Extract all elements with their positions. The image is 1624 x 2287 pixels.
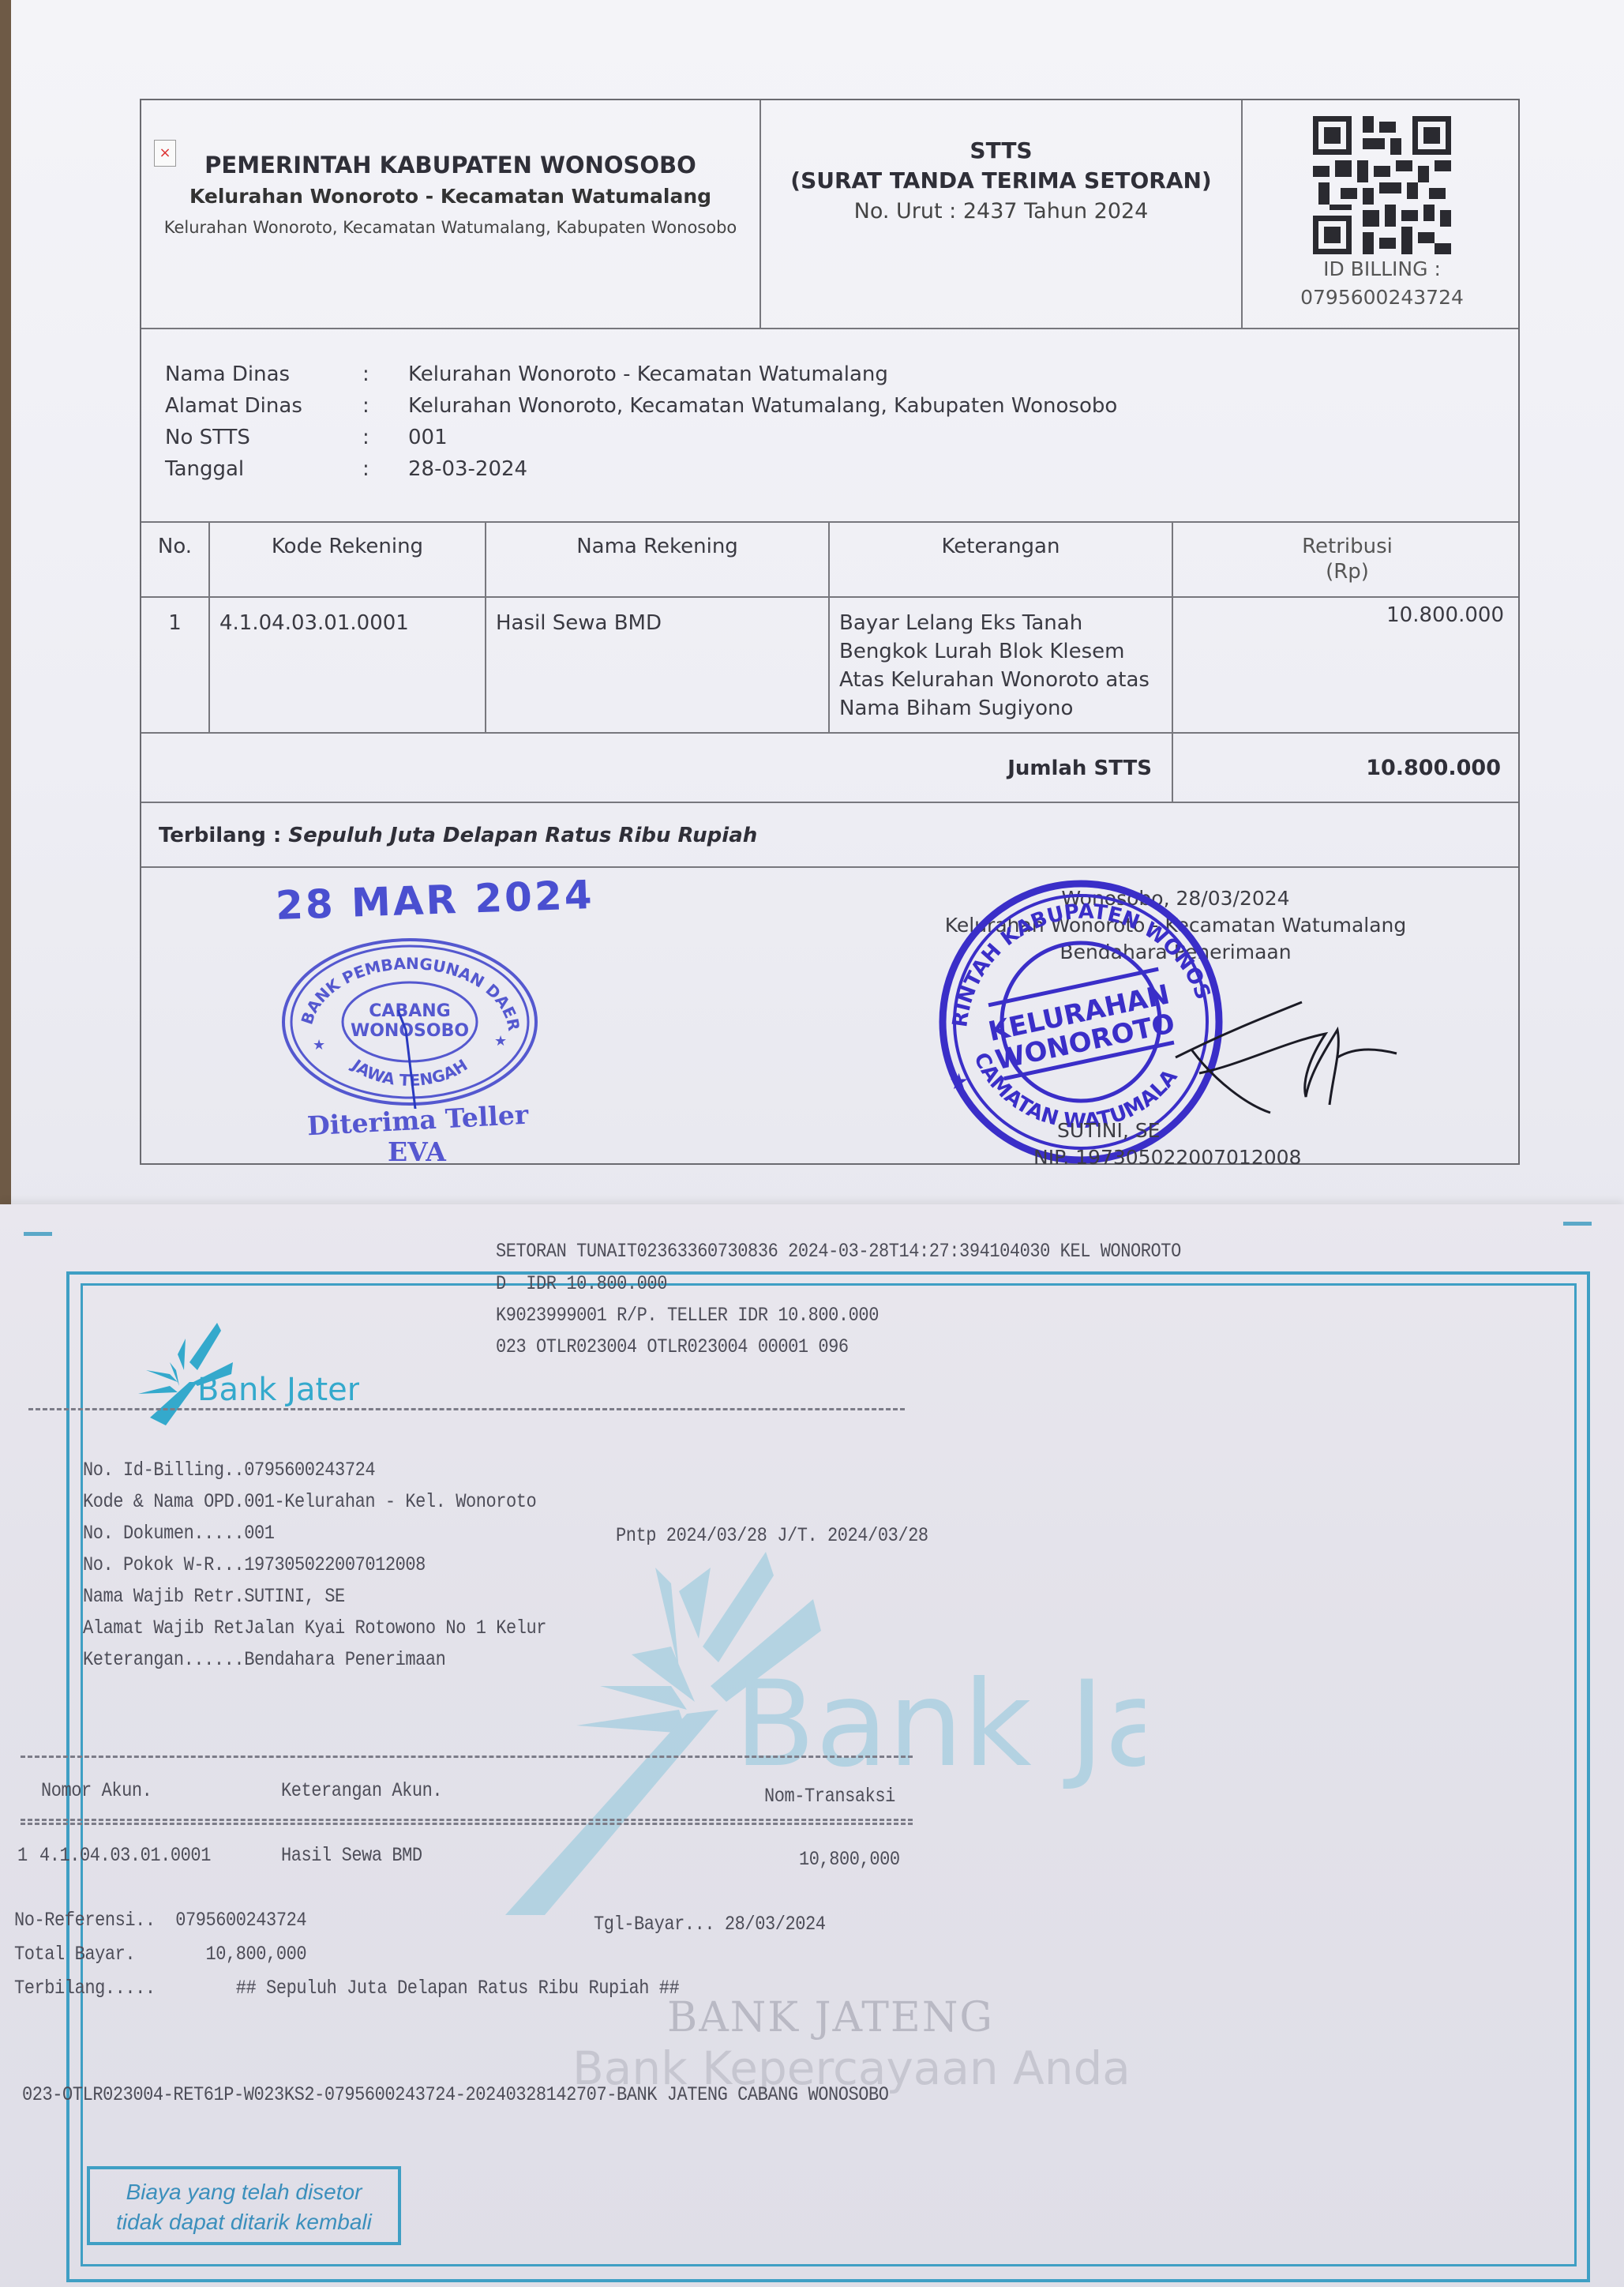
print-line-4: 023 OTLR023004 OTLR023004 00001 096 bbox=[496, 1335, 849, 1358]
government-address: Kelurahan Wonoroto, Kecamatan Watumalang… bbox=[157, 216, 744, 238]
total-value: 10.800.000 bbox=[1173, 734, 1518, 803]
info-no-stts: No STTS:001 bbox=[165, 426, 448, 449]
bank-date-stamp: 28 MAR 2024 bbox=[275, 872, 594, 929]
cell-keterangan: Bayar Lelang Eks Tanah Bengkok Lurah Blo… bbox=[830, 598, 1173, 732]
rc-col-nomor-akun: Nomor Akun. bbox=[41, 1779, 152, 1802]
rc-row-no: 1 bbox=[17, 1844, 28, 1867]
table-row: 1 4.1.04.03.01.0001 Hasil Sewa BMD Bayar… bbox=[141, 598, 1518, 734]
info-tanggal: Tanggal:28-03-2024 bbox=[165, 457, 527, 481]
rc-row-nominal: 10,800,000 bbox=[799, 1848, 900, 1871]
divider bbox=[21, 1756, 913, 1758]
no-referensi: No-Referensi.. 0795600243724 bbox=[14, 1909, 306, 1932]
svg-text:WONOSOBO: WONOSOBO bbox=[351, 1021, 469, 1041]
document-title: STTS bbox=[761, 136, 1241, 166]
qr-code-icon bbox=[1313, 116, 1451, 254]
billing-block: ID BILLING : 0795600243724 bbox=[1243, 100, 1521, 328]
rc-row-keterangan: Hasil Sewa BMD bbox=[281, 1844, 422, 1867]
agency-info: Nama Dinas:Kelurahan Wonoroto - Kecamata… bbox=[141, 329, 1518, 523]
detail-pntp: Pntp 2024/03/28 J/T. 2024/03/28 bbox=[616, 1524, 928, 1547]
svg-text:CABANG: CABANG bbox=[369, 1001, 450, 1021]
signer-nip: NIP. 197305022007012008 bbox=[1033, 1146, 1301, 1169]
detail-no-dokumen: No. Dokumen.....001 bbox=[83, 1522, 274, 1545]
broken-image-icon: × bbox=[154, 140, 176, 167]
sequence-number: No. Urut : 2437 Tahun 2024 bbox=[761, 199, 1241, 223]
column-header-nama: Nama Rekening bbox=[486, 523, 830, 596]
rc-col-keterangan-akun: Keterangan Akun. bbox=[281, 1779, 442, 1802]
tgl-bayar: Tgl-Bayar... 28/03/2024 bbox=[594, 1913, 826, 1936]
stts-form: × PEMERINTAH KABUPATEN WONOSOBO Keluraha… bbox=[140, 99, 1520, 1165]
detail-no-pokok: No. Pokok W-R...197305022007012008 bbox=[83, 1553, 426, 1576]
cut-mark bbox=[24, 1232, 52, 1236]
id-billing-value: 0795600243724 bbox=[1243, 284, 1521, 311]
print-line-3: K9023999001 R/P. TELLER IDR 10.800.000 bbox=[496, 1304, 879, 1327]
table-header: No. Kode Rekening Nama Rekening Keterang… bbox=[141, 523, 1518, 598]
document-title-block: STTS (SURAT TANDA TERIMA SETORAN) No. Ur… bbox=[761, 100, 1243, 328]
svg-text:★: ★ bbox=[313, 1037, 325, 1053]
id-billing-label: ID BILLING : bbox=[1243, 256, 1521, 283]
rc-col-nom-transaksi: Nom-Transaksi bbox=[764, 1785, 895, 1808]
rc-row-akun: 4.1.04.03.01.0001 bbox=[39, 1844, 211, 1867]
terbilang-line: Terbilang..... ## Sepuluh Juta Delapan R… bbox=[14, 1977, 679, 2000]
government-header: × PEMERINTAH KABUPATEN WONOSOBO Keluraha… bbox=[141, 100, 761, 328]
government-subtitle: Kelurahan Wonoroto - Kecamatan Watumalan… bbox=[189, 183, 712, 210]
total-row: Jumlah STTS 10.800.000 bbox=[141, 734, 1518, 803]
cell-no: 1 bbox=[141, 598, 210, 732]
document-subtitle: (SURAT TANDA TERIMA SETORAN) bbox=[761, 166, 1241, 196]
column-header-keterangan: Keterangan bbox=[830, 523, 1173, 596]
column-header-kode: Kode Rekening bbox=[210, 523, 486, 596]
print-line-1: SETORAN TUNAIT02363360730836 2024-03-28T… bbox=[496, 1240, 1181, 1263]
detail-keterangan: Keterangan......Bendahara Penerimaan bbox=[83, 1648, 445, 1671]
cell-kode-rekening: 4.1.04.03.01.0001 bbox=[210, 598, 486, 732]
detail-id-billing: No. Id-Billing..0795600243724 bbox=[83, 1459, 375, 1481]
print-line-2: D IDR 10.800.000 bbox=[496, 1272, 667, 1295]
detail-alamat-wajib: Alamat Wajib RetJalan Kyai Rotowono No 1… bbox=[83, 1617, 546, 1639]
government-title: PEMERINTAH KABUPATEN WONOSOBO bbox=[141, 152, 759, 178]
teller-name: EVA bbox=[388, 1136, 446, 1167]
column-header-retribusi: Retribusi (Rp) bbox=[1173, 523, 1521, 596]
svg-text:★: ★ bbox=[494, 1033, 507, 1050]
signature-section: 28 MAR 2024 PT. BANK PEMBANGUNAN DAERAH … bbox=[141, 868, 1518, 1166]
reference-code: 023-OTLR023004-RET61P-W023KS2-0795600243… bbox=[22, 2083, 889, 2106]
cell-retribusi: 10.800.000 bbox=[1173, 598, 1521, 732]
total-label: Jumlah STTS bbox=[141, 734, 1173, 802]
svg-text:Bank Jateng: Bank Jateng bbox=[734, 1656, 1145, 1793]
watermark-bank-name: BANK JATENG bbox=[667, 1994, 994, 2041]
bank-stamp-icon: PT. BANK PEMBANGUNAN DAERAH JAWA TENGAH … bbox=[279, 935, 540, 1109]
signer-name: SUTINI, SE bbox=[1057, 1119, 1160, 1142]
svg-text:★: ★ bbox=[949, 1068, 969, 1095]
non-refundable-notice: Biaya yang telah disetor tidak dapat dit… bbox=[87, 2166, 401, 2245]
info-nama-dinas: Nama Dinas:Kelurahan Wonoroto - Kecamata… bbox=[165, 362, 888, 386]
bank-receipt: Bank Jateng BANK JATENG Bank Kepercayaan… bbox=[0, 1204, 1624, 2287]
detail-nama-wajib: Nama Wajib Retr.SUTINI, SE bbox=[83, 1585, 345, 1608]
terbilang-value: Sepuluh Juta Delapan Ratus Ribu Rupiah bbox=[288, 824, 757, 847]
stts-document: × PEMERINTAH KABUPATEN WONOSOBO Keluraha… bbox=[11, 0, 1624, 1232]
cell-nama-rekening: Hasil Sewa BMD bbox=[486, 598, 830, 732]
signature-scribble bbox=[1168, 971, 1405, 1128]
divider bbox=[28, 1408, 905, 1410]
total-bayar: Total Bayar. 10,800,000 bbox=[14, 1943, 306, 1966]
terbilang-label: Terbilang : bbox=[159, 824, 281, 847]
info-alamat-dinas: Alamat Dinas:Kelurahan Wonoroto, Kecamat… bbox=[165, 394, 1117, 418]
stts-header: × PEMERINTAH KABUPATEN WONOSOBO Keluraha… bbox=[141, 100, 1518, 329]
detail-opd: Kode & Nama OPD.001-Kelurahan - Kel. Won… bbox=[83, 1490, 536, 1513]
amount-in-words: Terbilang : Sepuluh Juta Delapan Ratus R… bbox=[141, 803, 1518, 868]
cut-mark bbox=[1563, 1222, 1592, 1226]
double-divider bbox=[21, 1819, 913, 1825]
column-header-no: No. bbox=[141, 523, 210, 596]
svg-text:Bank Jateng: Bank Jateng bbox=[197, 1372, 359, 1408]
